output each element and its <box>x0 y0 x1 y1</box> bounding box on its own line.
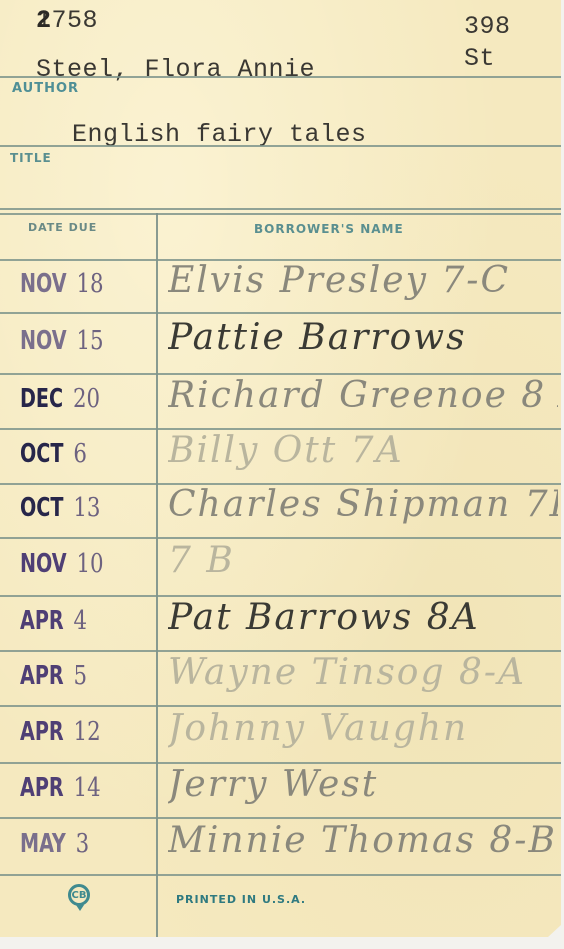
date-month: MAY <box>20 829 66 859</box>
borrower-name: Pat Barrows 8A <box>168 597 558 638</box>
date-day: 10 <box>76 549 103 579</box>
row-rule <box>0 537 561 539</box>
library-due-date-card: 2 1758 398 St Steel, Flora Annie AUTHOR … <box>0 0 561 937</box>
date-due-stamp: APR12 <box>20 717 128 747</box>
date-day: 12 <box>74 717 101 747</box>
date-day: 20 <box>73 384 100 414</box>
date-due-stamp: DEC20 <box>20 384 128 414</box>
author-rule <box>0 76 561 78</box>
borrower-name: Jerry West <box>168 764 558 805</box>
date-month: NOV <box>20 549 67 579</box>
author-value: Steel, Flora Annie <box>36 55 315 84</box>
column-divider <box>156 213 158 937</box>
date-day: 14 <box>74 773 101 803</box>
date-due-stamp: OCT13 <box>20 493 128 523</box>
date-due-stamp: APR5 <box>20 661 128 691</box>
date-due-stamp: APR14 <box>20 773 128 803</box>
call-number: 398 <box>464 12 511 41</box>
date-day: 3 <box>76 829 90 859</box>
date-due-stamp: OCT6 <box>20 439 128 469</box>
table-top-rule <box>0 208 561 210</box>
printer-logo-icon: CB <box>68 884 90 906</box>
date-month: DEC <box>20 384 63 414</box>
table-top-rule-2 <box>0 213 561 215</box>
date-day: 13 <box>73 493 100 523</box>
author-label: AUTHOR <box>12 81 79 96</box>
call-suffix: St <box>464 44 495 73</box>
date-day: 18 <box>76 269 103 299</box>
row-rule <box>0 874 561 876</box>
accession-number: 2 1758 <box>36 6 98 35</box>
date-day: 6 <box>73 439 87 469</box>
printed-in-label: PRINTED IN U.S.A. <box>176 893 306 906</box>
date-due-stamp: NOV15 <box>20 326 128 356</box>
date-month: OCT <box>20 439 63 469</box>
date-month: NOV <box>20 326 67 356</box>
date-due-stamp: MAY3 <box>20 829 128 859</box>
date-day: 4 <box>74 606 88 636</box>
date-month: APR <box>20 606 64 636</box>
borrower-name: Elvis Presley 7-C <box>168 260 558 301</box>
borrower-name: Pattie Barrows <box>168 317 558 358</box>
borrower-name: Richard Greenoe 8 A <box>168 375 558 416</box>
date-month: APR <box>20 773 64 803</box>
borrower-name: Minnie Thomas 8-B <box>168 820 558 861</box>
date-day: 5 <box>74 661 88 691</box>
title-rule <box>0 145 561 147</box>
date-month: APR <box>20 661 64 691</box>
date-month: OCT <box>20 493 63 523</box>
borrower-name: 7 B <box>168 540 558 581</box>
title-label: TITLE <box>10 151 52 165</box>
borrower-name: Billy Ott 7A <box>168 430 558 471</box>
borrower-name: Charles Shipman 7B <box>168 484 558 525</box>
date-due-stamp: APR4 <box>20 606 128 636</box>
date-day: 15 <box>76 326 103 356</box>
date-due-stamp: NOV10 <box>20 549 128 579</box>
date-month: NOV <box>20 269 67 299</box>
row-rule <box>0 312 561 314</box>
borrower-name: Johnny Vaughn <box>168 708 558 749</box>
date-month: APR <box>20 717 64 747</box>
borrower-header: BORROWER'S NAME <box>254 222 404 236</box>
accession-overstrike: 2 <box>36 6 52 35</box>
date-due-stamp: NOV18 <box>20 269 128 299</box>
date-due-header: DATE DUE <box>28 221 97 234</box>
borrower-name: Wayne Tinsog 8-A <box>168 652 558 693</box>
